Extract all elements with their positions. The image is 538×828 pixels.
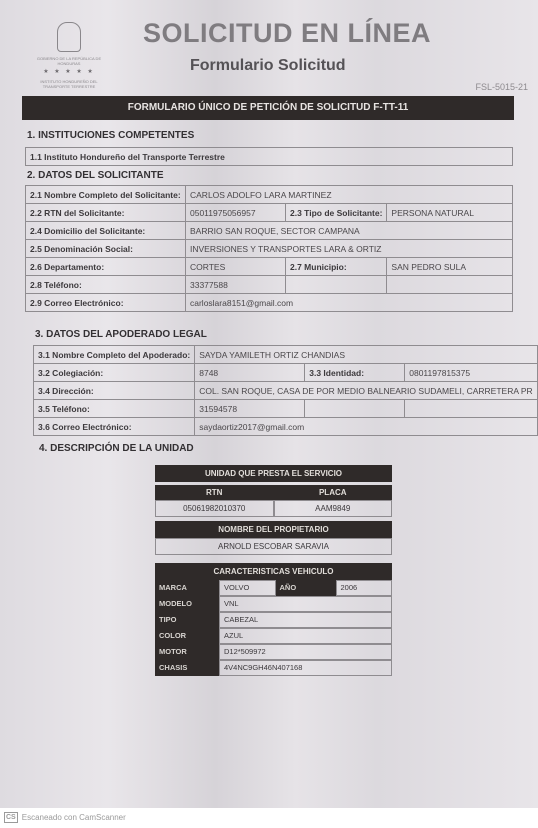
unidad-rtn-value: 05061982010370 [155,500,274,517]
marca-value: VOLVO [219,580,276,596]
caracteristicas-header: CARACTERISTICAS VEHICULO [155,563,392,580]
anio-value: 2006 [336,580,393,596]
empty-cell [305,400,405,418]
tipo-value: CABEZAL [219,612,392,628]
direccion-label: 3.4 Dirección: [34,382,195,400]
denominacion-label: 2.5 Denominación Social: [26,240,186,258]
form-banner: FORMULARIO ÚNICO DE PETICIÓN DE SOLICITU… [22,96,514,120]
apoderado-correo-value: saydaortiz2017@gmail.com [195,418,537,436]
section-3-table: 3.1 Nombre Completo del Apoderado: SAYDA… [33,345,538,436]
chasis-label: CHASIS [155,660,219,676]
municipio-label: 2.7 Municipio: [286,258,387,276]
solicitante-tipo-value: PERSONA NATURAL [387,204,513,222]
propietario-value: ARNOLD ESCOBAR SARAVIA [155,538,392,555]
propietario-header: NOMBRE DEL PROPIETARIO [155,521,392,538]
form-code: FSL-5015-21 [475,82,528,92]
solicitante-rtn-value: 05011975056957 [186,204,286,222]
empty-cell [405,400,537,418]
solicitante-rtn-label: 2.2 RTN del Solicitante: [26,204,186,222]
modelo-value: VNL [219,596,392,612]
solicitante-telefono-label: 2.8 Teléfono: [26,276,186,294]
unidad-rtn-label: RTN [155,485,274,500]
scanner-footer: CSEscaneado con CamScanner [0,808,538,828]
empty-cell [387,276,513,294]
unidad-placa-value: AAM9849 [274,500,393,517]
color-value: AZUL [219,628,392,644]
apoderado-telefono-label: 3.5 Teléfono: [34,400,195,418]
section-2-table: 2.1 Nombre Completo del Solicitante: CAR… [25,185,513,312]
section-2-title: 2. DATOS DEL SOLICITANTE [27,170,164,181]
solicitante-correo-value: carloslara8151@gmail.com [186,294,513,312]
section-3-title: 3. DATOS DEL APODERADO LEGAL [35,329,207,340]
solicitante-name-label: 2.1 Nombre Completo del Solicitante: [26,186,186,204]
scanned-page: GOBIERNO DE LA REPÚBLICA DE HONDURAS ★ ★… [0,0,538,808]
departamento-label: 2.6 Departamento: [26,258,186,276]
direccion-value: COL. SAN ROQUE, CASA DE POR MEDIO BALNEA… [195,382,537,400]
solicitante-domicilio-label: 2.4 Domicilio del Solicitante: [26,222,186,240]
apoderado-telefono-value: 31594578 [195,400,305,418]
departamento-value: CORTES [186,258,286,276]
municipio-value: SAN PEDRO SULA [387,258,513,276]
identidad-label: 3.3 Identidad: [305,364,405,382]
color-label: COLOR [155,628,219,644]
government-logo: GOBIERNO DE LA REPÚBLICA DE HONDURAS ★ ★… [34,22,104,89]
motor-label: MOTOR [155,644,219,660]
marca-label: MARCA [155,580,219,596]
solicitante-tipo-label: 2.3 Tipo de Solicitante: [286,204,387,222]
scanner-watermark-text: Escaneado con CamScanner [22,813,126,822]
modelo-label: MODELO [155,596,219,612]
solicitante-correo-label: 2.9 Correo Electrónico: [26,294,186,312]
section-1-table: 1.1 Instituto Hondureño del Transporte T… [25,147,513,166]
colegiacion-label: 3.2 Colegiación: [34,364,195,382]
anio-label: AÑO [276,580,336,596]
page-title: SOLICITUD EN LÍNEA [143,18,431,49]
unidad-block: UNIDAD QUE PRESTA EL SERVICIO RTN PLACA … [155,465,392,555]
motor-value: D12*509972 [219,644,392,660]
solicitante-telefono-value: 33377588 [186,276,286,294]
tipo-label: TIPO [155,612,219,628]
coat-of-arms-icon [57,22,81,52]
chasis-value: 4V4NC9GH46N407168 [219,660,392,676]
logo-line-3: INSTITUTO HONDUREÑO DEL TRANSPORTE TERRE… [34,79,104,89]
logo-line-1: GOBIERNO DE LA REPÚBLICA DE HONDURAS [34,56,104,66]
logo-stars: ★ ★ ★ ★ ★ [34,68,104,75]
apoderado-correo-label: 3.6 Correo Electrónico: [34,418,195,436]
caracteristicas-block: CARACTERISTICAS VEHICULO MARCA VOLVO AÑO… [155,563,392,676]
colegiacion-value: 8748 [195,364,305,382]
empty-cell [286,276,387,294]
denominacion-value: INVERSIONES Y TRANSPORTES LARA & ORTIZ [186,240,513,258]
apoderado-name-value: SAYDA YAMILETH ORTIZ CHANDIAS [195,346,537,364]
camscanner-logo-icon: CS [4,812,18,823]
unidad-header: UNIDAD QUE PRESTA EL SERVICIO [155,465,392,482]
section-4-title: 4. DESCRIPCIÓN DE LA UNIDAD [39,443,194,454]
identidad-value: 0801197815375 [405,364,537,382]
apoderado-name-label: 3.1 Nombre Completo del Apoderado: [34,346,195,364]
unidad-placa-label: PLACA [274,485,393,500]
page-subtitle: Formulario Solicitud [190,57,346,75]
institution-item: 1.1 Instituto Hondureño del Transporte T… [26,148,513,166]
solicitante-name-value: CARLOS ADOLFO LARA MARTINEZ [186,186,513,204]
section-1-title: 1. INSTITUCIONES COMPETENTES [27,130,194,141]
solicitante-domicilio-value: BARRIO SAN ROQUE, SECTOR CAMPANA [186,222,513,240]
